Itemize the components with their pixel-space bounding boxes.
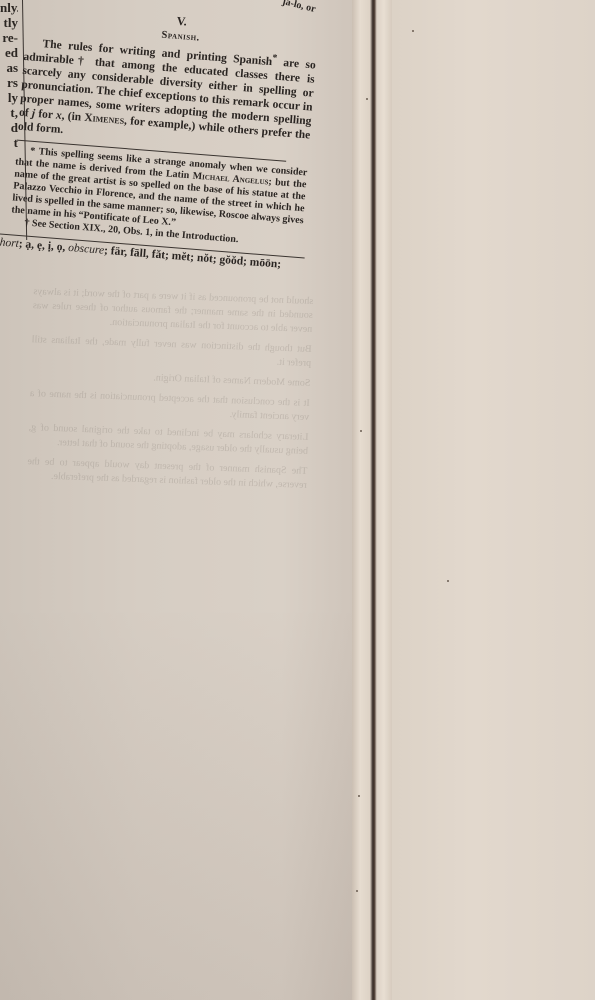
paper-speck — [447, 580, 449, 582]
paper-speck — [356, 890, 358, 892]
paper-speck — [412, 30, 414, 32]
margin-fragment: rs — [0, 75, 18, 90]
margin-fragment: as — [0, 60, 18, 75]
margin-fragment: nly. — [0, 0, 18, 15]
paper-speck — [358, 795, 360, 797]
margin-fragment: tly — [0, 15, 18, 30]
margin-fragment: ed — [0, 45, 18, 60]
paper-speck — [360, 430, 362, 432]
top-right-text-fragment: ja-lo, or — [281, 0, 317, 15]
margin-fragment: t, — [0, 105, 18, 120]
bleed-through-text: should not be pronounced as if it were a… — [27, 285, 314, 499]
margin-fragment: d — [0, 120, 18, 135]
paper-speck — [366, 98, 368, 100]
margin-fragment: ly — [0, 90, 18, 105]
book-spine-gutter — [352, 0, 392, 1000]
section-body-paragraph: The rules for writing and printing Spani… — [17, 32, 316, 156]
margin-fragment: re- — [0, 30, 18, 45]
left-book-page: nly. tly re- ed as rs ly t, d t ja-lo, o… — [0, 0, 352, 1000]
right-blank-page — [392, 0, 595, 1000]
spanish-section: V. Spanish. The rules for writing and pr… — [8, 0, 352, 275]
